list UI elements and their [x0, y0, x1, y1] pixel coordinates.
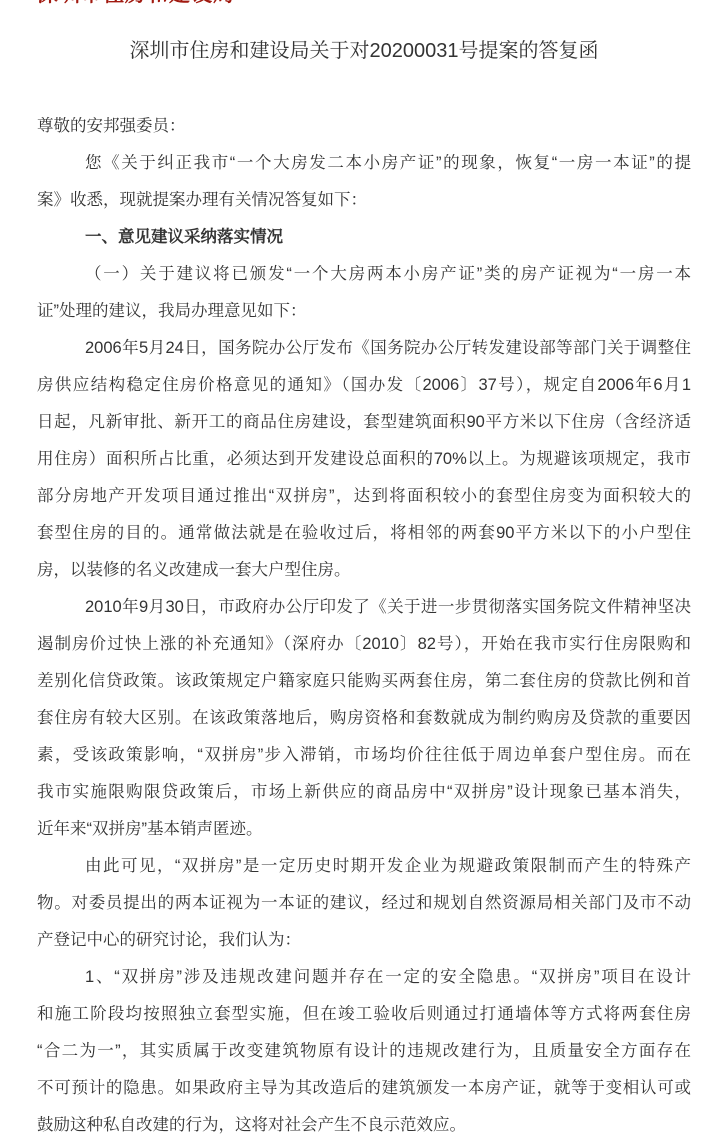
text-line: 素，受该政策影响，“双拼房”步入滞销，市场均价往往低于周边单套户型住房。而在 — [37, 737, 691, 774]
text-line: 2006年5月24日，国务院办公厅发布《国务院办公厅转发建设部等部门关于调整住 — [37, 330, 691, 367]
text-line: 物。对委员提出的两本证视为一本证的建议，经过和规划自然资源局相关部门及市不动 — [37, 885, 691, 922]
text-line: 尊敬的安邦强委员： — [37, 108, 691, 145]
text-line: 不可预计的隐患。如果政府主导为其改造后的建筑颁发一本房产证，就等于变相认可或 — [37, 1070, 691, 1107]
text-line: 套型住房的目的。通常做法就是在验收过后，将相邻的两套90平方米以下的小户型住 — [37, 515, 691, 552]
paragraph-greeting: 尊敬的安邦强委员： — [37, 108, 691, 145]
text-line: （一）关于建议将已颁发“一个大房两本小房产证”类的房产证视为“一房一本 — [37, 256, 691, 293]
paragraph-heading: 一、意见建议采纳落实情况 — [37, 219, 691, 256]
text-line: 证”处理的建议，我局办理意见如下： — [37, 293, 691, 330]
text-line: 遏制房价过快上涨的补充通知》（深府办〔2010〕82号），开始在我市实行住房限购… — [37, 626, 691, 663]
text-line: 由此可见，“双拼房”是一定历史时期开发企业为规避政策限制而产生的特殊产 — [37, 848, 691, 885]
text-line: 我市实施限购限贷政策后，市场上新供应的商品房中“双拼房”设计现象已基本消失， — [37, 774, 691, 811]
text-line: “合二为一”，其实质属于改变建筑物原有设计的违规改建行为，且质量安全方面存在 — [37, 1033, 691, 1070]
text-line: 和施工阶段均按照独立套型实施，但在竣工验收后则通过打通墙体等方式将两套住房 — [37, 996, 691, 1033]
text-line: 套住房有较大区别。在该政策落地后，购房资格和套数就成为制约购房及贷款的重要因 — [37, 700, 691, 737]
paragraph-normal: （一）关于建议将已颁发“一个大房两本小房产证”类的房产证视为“一房一本证”处理的… — [37, 256, 691, 330]
paragraph-normal: 2010年9月30日，市政府办公厅印发了《关于进一步贯彻落实国务院文件精神坚决遏… — [37, 589, 691, 848]
paragraph-normal: 您《关于纠正我市“一个大房发二本小房产证”的现象，恢复“一房一本证”的提案》收悉… — [37, 145, 691, 219]
text-line: 一、意见建议采纳落实情况 — [37, 219, 691, 256]
text-line: 房，以装修的名义改建成一套大户型住房。 — [37, 552, 691, 589]
text-line: 鼓励这种私自改建的行为，这将对社会产生不良示范效应。 — [37, 1107, 691, 1144]
text-line: 2010年9月30日，市政府办公厅印发了《关于进一步贯彻落实国务院文件精神坚决 — [37, 589, 691, 626]
text-line: 房供应结构稳定住房价格意见的通知》（国办发〔2006〕37号），规定自2006年… — [37, 367, 691, 404]
text-line: 案》收悉，现就提案办理有关情况答复如下： — [37, 182, 691, 219]
paragraph-normal: 2006年5月24日，国务院办公厅发布《国务院办公厅转发建设部等部门关于调整住房… — [37, 330, 691, 589]
letterhead-clip: 深圳市住房和建设局 — [0, 0, 710, 8]
letterhead-clipped-text: 深圳市住房和建设局 — [37, 0, 710, 6]
paragraph-normal: 由此可见，“双拼房”是一定历史时期开发企业为规避政策限制而产生的特殊产物。对委员… — [37, 848, 691, 959]
text-line: 产登记中心的研究讨论，我们认为： — [37, 922, 691, 959]
text-line: 您《关于纠正我市“一个大房发二本小房产证”的现象，恢复“一房一本证”的提 — [37, 145, 691, 182]
text-line: 用住房）面积所占比重，必须达到开发建设总面积的70%以上。为规避该项规定，我市 — [37, 441, 691, 478]
text-line: 日起，凡新审批、新开工的商品住房建设，套型建筑面积90平方米以下住房（含经济适 — [37, 404, 691, 441]
paragraph-normal: 1、“双拼房”涉及违规改建问题并存在一定的安全隐患。“双拼房”项目在设计和施工阶… — [37, 959, 691, 1144]
text-line: 部分房地产开发项目通过推出“双拼房”，达到将面积较小的套型住房变为面积较大的 — [37, 478, 691, 515]
document-title: 深圳市住房和建设局关于对20200031号提案的答复函 — [0, 38, 710, 64]
text-line: 近年来“双拼房”基本销声匿迹。 — [37, 811, 691, 848]
document-page: 深圳市住房和建设局 深圳市住房和建设局关于对20200031号提案的答复函 尊敬… — [0, 0, 710, 1145]
text-line: 1、“双拼房”涉及违规改建问题并存在一定的安全隐患。“双拼房”项目在设计 — [37, 959, 691, 996]
document-body: 尊敬的安邦强委员：您《关于纠正我市“一个大房发二本小房产证”的现象，恢复“一房一… — [0, 108, 710, 1144]
text-line: 差别化信贷政策。该政策规定户籍家庭只能购买两套住房，第二套住房的贷款比例和首 — [37, 663, 691, 700]
